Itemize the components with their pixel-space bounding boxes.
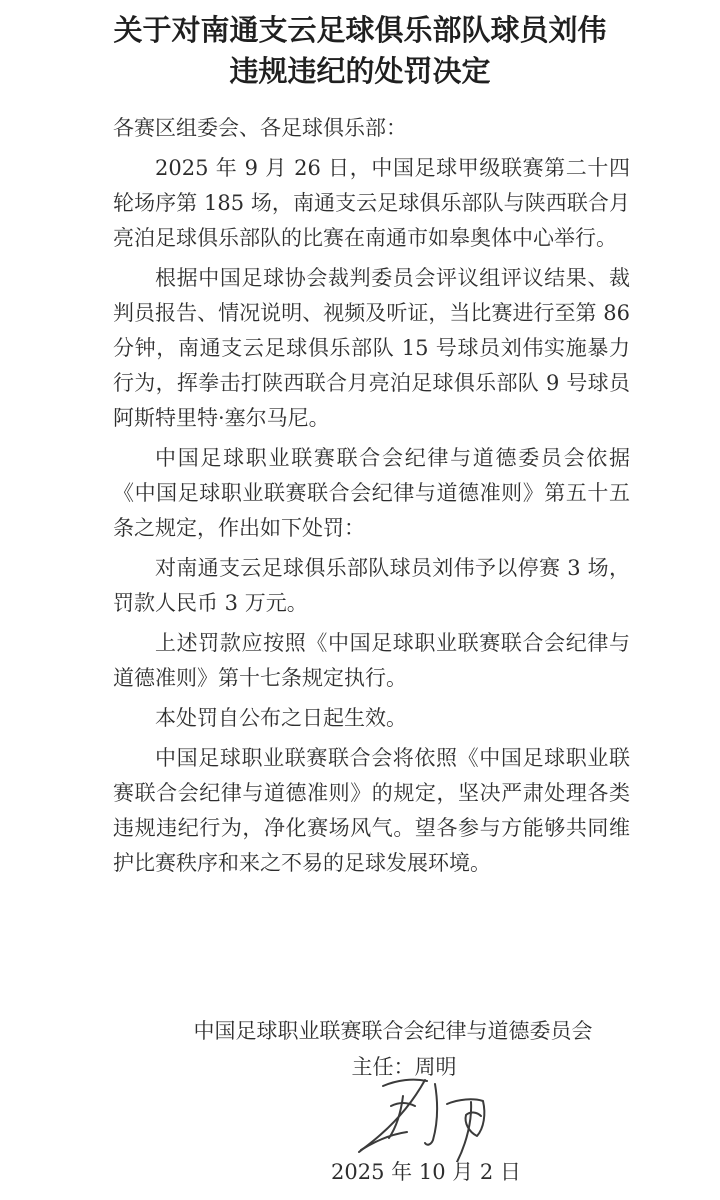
title-line-1: 关于对南通支云足球俱乐部队球员刘伟 [0, 10, 720, 51]
paragraph-penalty: 对南通支云足球俱乐部队球员刘伟予以停赛 3 场，罚款人民币 3 万元。 [113, 551, 630, 621]
document-title: 关于对南通支云足球俱乐部队球员刘伟 违规违纪的处罚决定 [0, 10, 720, 92]
signer-organization: 中国足球职业联赛联合会纪律与道德委员会 [194, 1018, 593, 1044]
document-date: 2025 年 10 月 2 日 [331, 1159, 521, 1185]
signer-title-name: 主任：周明 [352, 1054, 457, 1080]
paragraph-ruling-basis: 中国足球职业联赛联合会纪律与道德委员会依据《中国足球职业联赛联合会纪律与道德准则… [113, 441, 630, 546]
handwritten-signature-icon [355, 1078, 495, 1162]
paragraph-fine-execution: 上述罚款应按照《中国足球职业联赛联合会纪律与道德准则》第十七条规定执行。 [113, 626, 630, 696]
paragraph-closing-statement: 中国足球职业联赛联合会将依照《中国足球职业联赛联合会纪律与道德准则》的规定，坚决… [113, 741, 630, 881]
title-line-2: 违规违纪的处罚决定 [0, 51, 720, 92]
document-body: 各赛区组委会、各足球俱乐部： 2025 年 9 月 26 日，中国足球甲级联赛第… [113, 111, 630, 886]
salutation: 各赛区组委会、各足球俱乐部： [113, 111, 630, 146]
signature-block: 中国足球职业联赛联合会纪律与道德委员会 主任：周明 2025 年 10 月 2 … [0, 1018, 720, 1185]
document-page: 关于对南通支云足球俱乐部队球员刘伟 违规违纪的处罚决定 各赛区组委会、各足球俱乐… [0, 0, 720, 1200]
paragraph-incident-description: 根据中国足球协会裁判委员会评议组评议结果、裁判员报告、情况说明、视频及听证，当比… [113, 261, 630, 436]
paragraph-effective-date: 本处罚自公布之日起生效。 [113, 701, 630, 736]
paragraph-match-info: 2025 年 9 月 26 日，中国足球甲级联赛第二十四轮场序第 185 场，南… [113, 151, 630, 256]
